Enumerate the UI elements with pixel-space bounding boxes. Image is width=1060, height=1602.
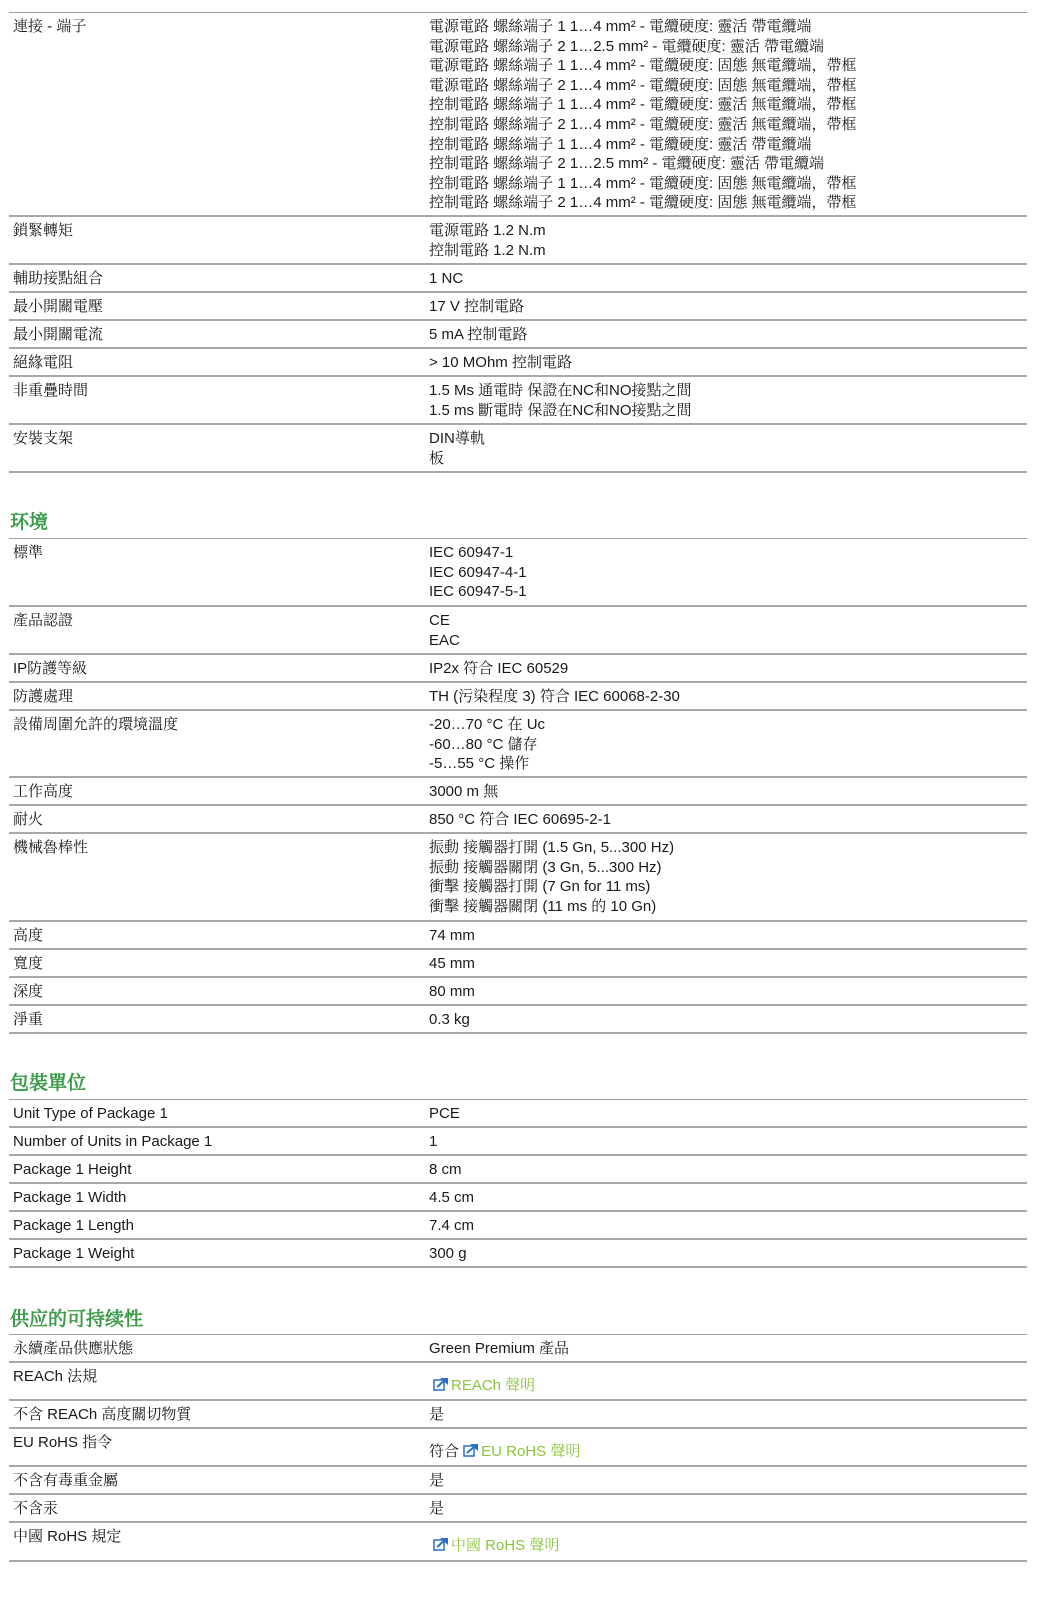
row-value: 1 <box>429 1128 1027 1154</box>
table-row: 不含汞 是 <box>9 1495 1027 1523</box>
value-line: 1.5 ms 斷電時 保證在NC和NO接點之間 <box>429 401 1027 421</box>
table-row: 連接 - 端子 電源電路 螺絲端子 1 1…4 mm² - 電纜硬度: 靈活 帶… <box>9 13 1027 217</box>
value-line: 是 <box>429 1405 1027 1425</box>
table-row: 輔助接點組合 1 NC <box>9 265 1027 293</box>
value-line: 850 °C 符合 IEC 60695-2-1 <box>429 810 1027 830</box>
table-row: Package 1 Weight 300 g <box>9 1240 1027 1268</box>
row-label: 非重疊時間 <box>9 377 429 423</box>
value-line: IP2x 符合 IEC 60529 <box>429 659 1027 679</box>
row-value: -20…70 °C 在 Uc -60…80 °C 儲存 -5…55 °C 操作 <box>429 711 1027 776</box>
table-row: 鎖緊轉矩 電源電路 1.2 N.m 控制電路 1.2 N.m <box>9 217 1027 265</box>
row-label: 安裝支架 <box>9 425 429 471</box>
eu-rohs-declaration-link-text[interactable]: EU RoHS 聲明 <box>481 1443 580 1460</box>
row-value: IP2x 符合 IEC 60529 <box>429 655 1027 681</box>
table-row: 中國 RoHS 規定 中國 RoHS 聲明 <box>9 1523 1027 1562</box>
row-value: 中國 RoHS 聲明 <box>429 1523 1027 1560</box>
row-label: 防護處理 <box>9 683 429 709</box>
external-link-icon <box>433 1376 450 1391</box>
row-value: TH (污染程度 3) 符合 IEC 60068-2-30 <box>429 683 1027 709</box>
row-label: 不含有毒重金屬 <box>9 1467 429 1493</box>
value-line: -20…70 °C 在 Uc <box>429 715 1027 735</box>
value-line: 7.4 cm <box>429 1216 1027 1236</box>
row-value: 5 mA 控制電路 <box>429 321 1027 347</box>
table-row: 安裝支架 DIN導軌 板 <box>9 425 1027 473</box>
table-row: 耐火 850 °C 符合 IEC 60695-2-1 <box>9 806 1027 834</box>
row-value: PCE <box>429 1100 1027 1126</box>
row-value: 74 mm <box>429 922 1027 948</box>
value-line: DIN導軌 <box>429 429 1027 449</box>
row-value: DIN導軌 板 <box>429 425 1027 471</box>
row-value: 是 <box>429 1495 1027 1521</box>
row-value: 4.5 cm <box>429 1184 1027 1210</box>
row-value: 1.5 Ms 通電時 保證在NC和NO接點之間 1.5 ms 斷電時 保證在NC… <box>429 377 1027 423</box>
row-value: REACh 聲明 <box>429 1363 1027 1399</box>
row-label: 不含 REACh 高度關切物質 <box>9 1401 429 1427</box>
value-line: 控制電路 螺絲端子 1 1…4 mm² - 電纜硬度: 固態 無電纜端，帶框 <box>429 174 1027 194</box>
eu-rohs-declaration: 符合 EU RoHS 聲明 <box>429 1442 580 1462</box>
value-line: 控制電路 螺絲端子 2 1…4 mm² - 電纜硬度: 固態 無電纜端，帶框 <box>429 193 1027 213</box>
row-label: Package 1 Length <box>9 1212 429 1238</box>
row-label: Unit Type of Package 1 <box>9 1100 429 1126</box>
reach-declaration-link[interactable]: REACh 聲明 <box>433 1376 535 1396</box>
spec-table-environment: 標準 IEC 60947-1 IEC 60947-4-1 IEC 60947-5… <box>9 538 1027 1034</box>
row-label: 淨重 <box>9 1006 429 1032</box>
row-label: REACh 法規 <box>9 1363 429 1399</box>
row-label: 標準 <box>9 539 429 605</box>
row-label: Package 1 Height <box>9 1156 429 1182</box>
table-row: 非重疊時間 1.5 Ms 通電時 保證在NC和NO接點之間 1.5 ms 斷電時… <box>9 377 1027 425</box>
value-line: > 10 MOhm 控制電路 <box>429 353 1027 373</box>
value-line: 1 NC <box>429 269 1027 289</box>
value-line: 是 <box>429 1471 1027 1491</box>
table-row: EU RoHS 指令 符合 EU RoHS 聲明 <box>9 1429 1027 1467</box>
value-line: PCE <box>429 1104 1027 1124</box>
value-line: 控制電路 螺絲端子 2 1…2.5 mm² - 電纜硬度: 靈活 帶電纜端 <box>429 154 1027 174</box>
row-value: 850 °C 符合 IEC 60695-2-1 <box>429 806 1027 832</box>
eu-rohs-compliance-prefix: 符合 <box>429 1443 463 1460</box>
table-row: 淨重 0.3 kg <box>9 1006 1027 1034</box>
row-label: 深度 <box>9 978 429 1004</box>
china-rohs-declaration-link-text[interactable]: 中國 RoHS 聲明 <box>451 1537 559 1554</box>
value-line: 電源電路 螺絲端子 1 1…4 mm² - 電纜硬度: 固態 無電纜端，帶框 <box>429 56 1027 76</box>
row-label: Package 1 Width <box>9 1184 429 1210</box>
value-line: IEC 60947-5-1 <box>429 582 1027 602</box>
value-line: -60…80 °C 儲存 <box>429 735 1027 755</box>
value-line: 控制電路 1.2 N.m <box>429 241 1027 261</box>
value-line: 74 mm <box>429 926 1027 946</box>
row-label: EU RoHS 指令 <box>9 1429 429 1465</box>
row-label: 耐火 <box>9 806 429 832</box>
table-row: REACh 法規 REACh 聲明 <box>9 1363 1027 1401</box>
table-row: Package 1 Width 4.5 cm <box>9 1184 1027 1212</box>
value-line: 振動 接觸器打開 (1.5 Gn, 5...300 Hz) <box>429 838 1027 858</box>
row-label: 連接 - 端子 <box>9 13 429 215</box>
table-row: 不含 REACh 高度關切物質 是 <box>9 1401 1027 1429</box>
row-label: Package 1 Weight <box>9 1240 429 1266</box>
table-row: 不含有毒重金屬 是 <box>9 1467 1027 1495</box>
table-row: Package 1 Height 8 cm <box>9 1156 1027 1184</box>
row-value: IEC 60947-1 IEC 60947-4-1 IEC 60947-5-1 <box>429 539 1027 605</box>
row-label: 最小開關電壓 <box>9 293 429 319</box>
value-line: 是 <box>429 1499 1027 1519</box>
table-row: 深度 80 mm <box>9 978 1027 1006</box>
row-value: Green Premium 產品 <box>429 1335 1027 1361</box>
table-row: Package 1 Length 7.4 cm <box>9 1212 1027 1240</box>
table-row: 設備周圍允許的環境溫度 -20…70 °C 在 Uc -60…80 °C 儲存 … <box>9 711 1027 778</box>
table-row: 防護處理 TH (污染程度 3) 符合 IEC 60068-2-30 <box>9 683 1027 711</box>
value-line: 3000 m 無 <box>429 782 1027 802</box>
value-line: 振動 接觸器關閉 (3 Gn, 5...300 Hz) <box>429 858 1027 878</box>
row-value: 1 NC <box>429 265 1027 291</box>
value-line: 電源電路 螺絲端子 2 1…4 mm² - 電纜硬度: 固態 無電纜端，帶框 <box>429 76 1027 96</box>
table-row: Number of Units in Package 1 1 <box>9 1128 1027 1156</box>
value-line: 電源電路 螺絲端子 1 1…4 mm² - 電纜硬度: 靈活 帶電纜端 <box>429 17 1027 37</box>
external-link-icon <box>463 1442 480 1457</box>
section-title-packaging: 包裝單位 <box>9 1073 86 1095</box>
row-value: 電源電路 螺絲端子 1 1…4 mm² - 電纜硬度: 靈活 帶電纜端 電源電路… <box>429 13 1027 215</box>
table-row: 寬度 45 mm <box>9 950 1027 978</box>
row-label: Number of Units in Package 1 <box>9 1128 429 1154</box>
row-value: 符合 EU RoHS 聲明 <box>429 1429 1027 1465</box>
row-label: 產品認證 <box>9 607 429 653</box>
value-line: 17 V 控制電路 <box>429 297 1027 317</box>
row-label: 寬度 <box>9 950 429 976</box>
table-row: 永續產品供應狀態 Green Premium 產品 <box>9 1335 1027 1363</box>
section-title-environment: 环境 <box>9 512 48 534</box>
value-line: 45 mm <box>429 954 1027 974</box>
row-value: 80 mm <box>429 978 1027 1004</box>
row-label: 輔助接點組合 <box>9 265 429 291</box>
spec-table-packaging: Unit Type of Package 1 PCE Number of Uni… <box>9 1099 1027 1268</box>
row-value: 是 <box>429 1467 1027 1493</box>
value-line: 板 <box>429 449 1027 469</box>
table-row: 產品認證 CE EAC <box>9 607 1027 655</box>
spec-table-sustainability: 永續產品供應狀態 Green Premium 產品 REACh 法規 REACh… <box>9 1334 1027 1562</box>
table-row: 工作高度 3000 m 無 <box>9 778 1027 806</box>
value-line: 4.5 cm <box>429 1188 1027 1208</box>
row-value: > 10 MOhm 控制電路 <box>429 349 1027 375</box>
value-line: -5…55 °C 操作 <box>429 754 1027 774</box>
value-line: 電源電路 螺絲端子 2 1…2.5 mm² - 電纜硬度: 靈活 帶電纜端 <box>429 37 1027 57</box>
row-label: IP防護等級 <box>9 655 429 681</box>
value-line: Green Premium 產品 <box>429 1339 1027 1359</box>
row-value: 3000 m 無 <box>429 778 1027 804</box>
value-line: 控制電路 螺絲端子 1 1…4 mm² - 電纜硬度: 靈活 無電纜端，帶框 <box>429 95 1027 115</box>
value-line: 1 <box>429 1132 1027 1152</box>
row-value: 0.3 kg <box>429 1006 1027 1032</box>
row-value: 是 <box>429 1401 1027 1427</box>
table-row: 最小開關電流 5 mA 控制電路 <box>9 321 1027 349</box>
row-value: 300 g <box>429 1240 1027 1266</box>
row-label: 最小開關電流 <box>9 321 429 347</box>
value-line: TH (污染程度 3) 符合 IEC 60068-2-30 <box>429 687 1027 707</box>
row-value: CE EAC <box>429 607 1027 653</box>
row-label: 絕緣電阻 <box>9 349 429 375</box>
value-line: 控制電路 螺絲端子 1 1…4 mm² - 電纜硬度: 靈活 帶電纜端 <box>429 135 1027 155</box>
value-line: IEC 60947-1 <box>429 543 1027 563</box>
value-line: EAC <box>429 631 1027 651</box>
row-label: 永續產品供應狀態 <box>9 1335 429 1361</box>
row-value: 8 cm <box>429 1156 1027 1182</box>
row-label: 機械魯棒性 <box>9 834 429 920</box>
table-row: 高度 74 mm <box>9 922 1027 950</box>
china-rohs-declaration-link[interactable]: 中國 RoHS 聲明 <box>433 1536 559 1556</box>
table-row: 機械魯棒性 振動 接觸器打開 (1.5 Gn, 5...300 Hz) 振動 接… <box>9 834 1027 922</box>
value-line: 300 g <box>429 1244 1027 1264</box>
table-row: Unit Type of Package 1 PCE <box>9 1100 1027 1128</box>
value-line: 衝擊 接觸器關閉 (11 ms 的 10 Gn) <box>429 897 1027 917</box>
row-value: 振動 接觸器打開 (1.5 Gn, 5...300 Hz) 振動 接觸器關閉 (… <box>429 834 1027 920</box>
value-line: CE <box>429 611 1027 631</box>
row-label: 工作高度 <box>9 778 429 804</box>
section-title-sustainability: 供应的可持续性 <box>9 1309 143 1331</box>
value-line: 控制電路 螺絲端子 2 1…4 mm² - 電纜硬度: 靈活 無電纜端，帶框 <box>429 115 1027 135</box>
value-line: 0.3 kg <box>429 1010 1027 1030</box>
value-line: 1.5 Ms 通電時 保證在NC和NO接點之間 <box>429 381 1027 401</box>
row-label: 鎖緊轉矩 <box>9 217 429 263</box>
value-line: 8 cm <box>429 1160 1027 1180</box>
row-value: 電源電路 1.2 N.m 控制電路 1.2 N.m <box>429 217 1027 263</box>
eu-rohs-declaration-link[interactable]: EU RoHS 聲明 <box>463 1443 580 1460</box>
row-label: 中國 RoHS 規定 <box>9 1523 429 1560</box>
value-line: 5 mA 控制電路 <box>429 325 1027 345</box>
table-row: IP防護等級 IP2x 符合 IEC 60529 <box>9 655 1027 683</box>
external-link-icon <box>433 1536 450 1551</box>
value-line: 80 mm <box>429 982 1027 1002</box>
table-row: 絕緣電阻 > 10 MOhm 控制電路 <box>9 349 1027 377</box>
row-value: 17 V 控制電路 <box>429 293 1027 319</box>
spec-table-connections: 連接 - 端子 電源電路 螺絲端子 1 1…4 mm² - 電纜硬度: 靈活 帶… <box>9 12 1027 473</box>
row-label: 設備周圍允許的環境溫度 <box>9 711 429 776</box>
row-value: 7.4 cm <box>429 1212 1027 1238</box>
row-value: 45 mm <box>429 950 1027 976</box>
table-row: 最小開關電壓 17 V 控制電路 <box>9 293 1027 321</box>
table-row: 標準 IEC 60947-1 IEC 60947-4-1 IEC 60947-5… <box>9 539 1027 607</box>
value-line: 電源電路 1.2 N.m <box>429 221 1027 241</box>
value-line: IEC 60947-4-1 <box>429 563 1027 583</box>
row-label: 高度 <box>9 922 429 948</box>
row-label: 不含汞 <box>9 1495 429 1521</box>
value-line: 衝擊 接觸器打開 (7 Gn for 11 ms) <box>429 877 1027 897</box>
reach-declaration-link-text[interactable]: REACh 聲明 <box>451 1377 535 1394</box>
